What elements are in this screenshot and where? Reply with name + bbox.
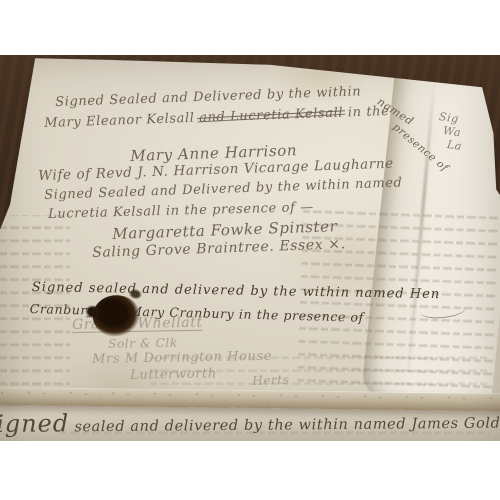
fragment-text: La: [446, 138, 463, 153]
witness-3-line-3: Mrs M Dorrington House: [92, 349, 272, 367]
facing-page-fragment: Wa: [442, 124, 462, 139]
attestation-lead-text: igned: [0, 409, 69, 438]
fragment-text: Sig: [438, 110, 460, 126]
address-text: Solr & Clk: [108, 336, 178, 351]
address-text: Mrs M Dorrington House: [92, 349, 272, 367]
witness-3-line-5: Herts: [252, 373, 290, 388]
wood-table-corner-topleft: [0, 55, 42, 235]
document-photo: Signed Sealed and Delivered by the withi…: [0, 55, 500, 441]
address-text: Herts: [252, 373, 290, 388]
witness-3-line-2: Solr & Clk: [108, 336, 178, 351]
lower-page: igned sealed and delivered by the within…: [0, 406, 500, 441]
attestation-text: sealed and delivered by the within named…: [69, 415, 500, 435]
witness-3-line-4: Lutterworth: [130, 366, 217, 383]
screenshot-root: Signed Sealed and Delivered by the withi…: [0, 0, 500, 500]
facing-page-fragment: La: [446, 138, 463, 153]
facing-page-fragment: Sig: [438, 110, 460, 126]
address-text: Lutterworth: [130, 366, 217, 383]
ink-blot: [89, 290, 144, 342]
party-name: Mary Eleanor Kelsall: [44, 111, 195, 131]
fragment-text: Wa: [442, 124, 462, 139]
attestation-text: in the: [348, 104, 390, 120]
struck-through-name: and Lucretia Kelsall: [199, 106, 343, 126]
